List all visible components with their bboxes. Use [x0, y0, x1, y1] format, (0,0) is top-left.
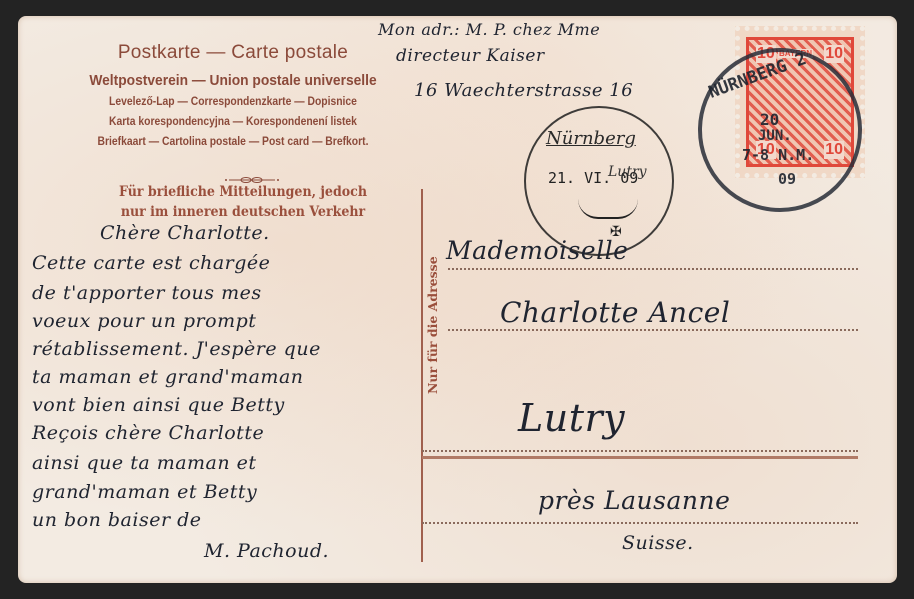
- message-line: grand'maman et Betty: [32, 481, 257, 503]
- recipient-name: Charlotte Ancel: [500, 296, 730, 329]
- vertical-divider: [421, 189, 423, 562]
- multilingual-line-3: Briefkaart — Cartolina postale — Post ca…: [76, 136, 391, 148]
- arrival-postmark-city: Nürnberg: [546, 128, 636, 149]
- message-line: vont bien ainsi que Betty: [32, 394, 285, 416]
- arrival-postmark-note: Lutry: [608, 164, 647, 180]
- address-line-1: [448, 268, 858, 270]
- message-line: ta maman et grand'maman: [32, 366, 304, 388]
- origin-postmark-month: JUN.: [758, 128, 792, 144]
- recipient-salutation: Mademoiselle: [446, 236, 628, 265]
- address-line-2: [448, 329, 858, 331]
- address-area-label: Nur für die Adresse: [425, 214, 445, 394]
- ornament-divider: [224, 176, 280, 184]
- origin-postmark-time: 7-8 N.M.: [742, 146, 814, 164]
- multilingual-line-2: Karta korespondencyjna — Korespondenení …: [76, 116, 391, 128]
- recipient-region: près Lausanne: [538, 486, 730, 515]
- message-line: de t'apporter tous mes: [32, 282, 262, 304]
- address-line-4: [422, 522, 858, 524]
- recipient-country: Suisse.: [622, 532, 694, 554]
- origin-postmark-year: 09: [778, 170, 796, 188]
- message-line: voeux pour un prompt: [32, 310, 256, 332]
- address-line-3: [422, 450, 858, 452]
- message-line: rétablissement. J'espère que: [32, 338, 321, 360]
- message-line: ainsi que ta maman et: [32, 452, 257, 474]
- message-line: Chère Charlotte.: [100, 222, 270, 244]
- multilingual-line-1: Levelező-Lap — Correspondenzkarte — Dopi…: [76, 96, 391, 108]
- sender-note-line: 16 Waechterstrasse 16: [414, 80, 633, 101]
- message-area-label-1: Für briefliche Mitteilungen, jedoch: [95, 184, 392, 200]
- sender-note-line: Mon adr.: M. P. chez Mme: [378, 20, 600, 39]
- message-area-label-2: nur im inneren deutschen Verkehr: [95, 204, 392, 220]
- origin-postmark-day: 20: [760, 110, 779, 129]
- message-line: un bon baiser de: [32, 509, 201, 531]
- postcard: Postkarte — Carte postale Weltpostverein…: [18, 16, 897, 583]
- message-signature: M. Pachoud.: [204, 540, 329, 562]
- union-title: Weltpostverein — Union postale universel…: [72, 72, 394, 89]
- postcard-title: Postkarte — Carte postale: [58, 42, 408, 64]
- address-rule: [422, 456, 858, 459]
- recipient-town: Lutry: [518, 396, 625, 440]
- sender-note-line: directeur Kaiser: [396, 46, 545, 66]
- message-line: Cette carte est chargée: [32, 252, 270, 274]
- stamp-value: 10: [824, 45, 844, 63]
- message-line: Reçois chère Charlotte: [32, 422, 264, 444]
